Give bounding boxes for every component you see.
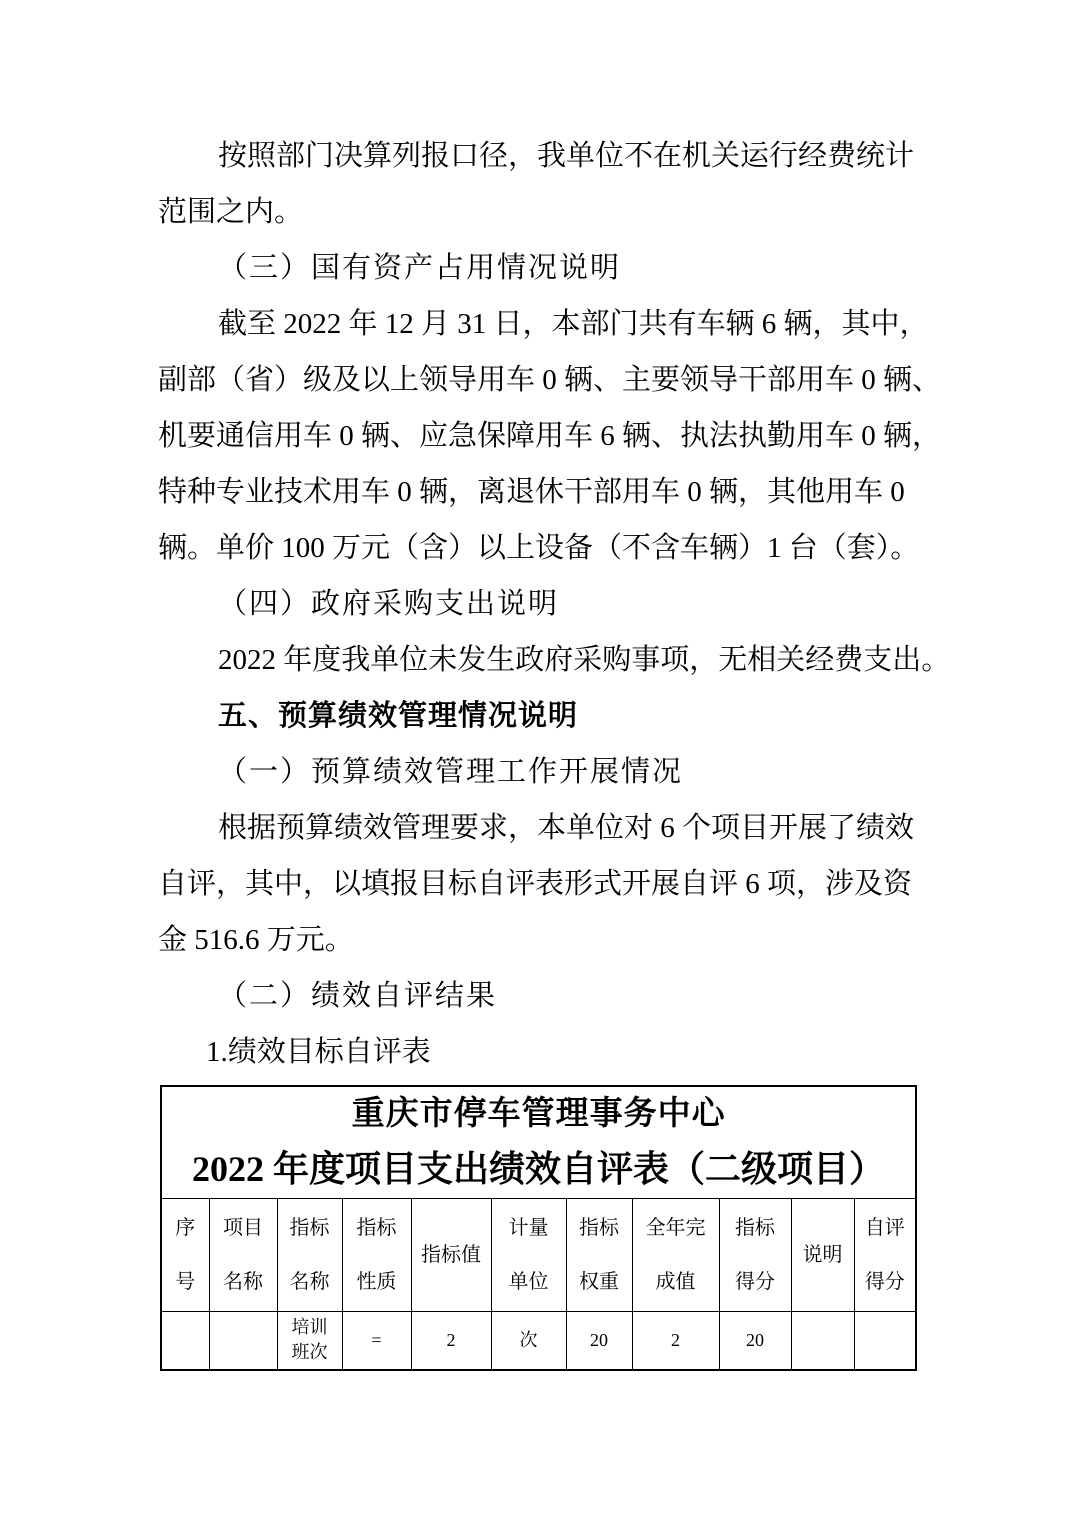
table-data-row: 培训 班次 = 2 次 20 2 20: [161, 1311, 916, 1370]
column-header-note: 说明: [791, 1198, 854, 1311]
performance-self-eval-table: 重庆市停车管理事务中心 2022 年度项目支出绩效自评表（二级项目） 序 号 项…: [160, 1085, 917, 1371]
section-heading-performance-work: （一）预算绩效管理工作开展情况: [158, 744, 920, 800]
cell-serial-number: [161, 1311, 209, 1370]
section-heading-self-eval-result: （二）绩效自评结果: [158, 968, 920, 1024]
text-line-04: 截至 2022 年 12 月 31 日，本部门共有车辆 6 辆，其中，: [158, 296, 920, 352]
text-line-10: 2022 年度我单位未发生政府采购事项，无相关经费支出。: [158, 632, 920, 688]
text-line-14: 自评，其中，以填报目标自评表形式开展自评 6 项，涉及资: [158, 856, 920, 912]
column-header-measure-unit: 计量 单位: [491, 1198, 566, 1311]
column-header-annual-completion: 全年完 成值: [632, 1198, 719, 1311]
text-line-07: 特种专业技术用车 0 辆，离退休干部用车 0 辆，其他用车 0: [158, 464, 920, 520]
cell-measure-unit: 次: [491, 1311, 566, 1370]
text-line-06: 机要通信用车 0 辆、应急保障用车 6 辆、执法执勤用车 0 辆，: [158, 408, 920, 464]
text-line-05: 副部（省）级及以上领导用车 0 辆、主要领导干部用车 0 辆、: [158, 352, 920, 408]
column-header-self-eval-score: 自评 得分: [854, 1198, 916, 1311]
cell-self-eval-score: [854, 1311, 916, 1370]
document-page: 按照部门决算列报口径，我单位不在机关运行经费统计 范围之内。 （三）国有资产占用…: [0, 0, 1074, 1520]
column-header-indicator-nature: 指标 性质: [342, 1198, 411, 1311]
text-line-15: 金 516.6 万元。: [158, 912, 920, 968]
chapter-heading-budget-performance: 五、预算绩效管理情况说明: [158, 688, 920, 744]
section-heading-state-assets: （三）国有资产占用情况说明: [158, 240, 920, 296]
column-header-indicator-score: 指标 得分: [719, 1198, 791, 1311]
text-line-01: 按照部门决算列报口径，我单位不在机关运行经费统计: [158, 128, 920, 184]
section-heading-gov-procurement: （四）政府采购支出说明: [158, 576, 920, 632]
document-body: 按照部门决算列报口径，我单位不在机关运行经费统计 范围之内。 （三）国有资产占用…: [158, 128, 920, 1371]
cell-note: [791, 1311, 854, 1370]
text-line-13: 根据预算绩效管理要求，本单位对 6 个项目开展了绩效: [158, 800, 920, 856]
subsection-heading-self-eval-table: 1.绩效目标自评表: [158, 1024, 920, 1080]
column-header-serial-number: 序 号: [161, 1198, 209, 1311]
cell-indicator-nature: =: [342, 1311, 411, 1370]
table-title-cell: 重庆市停车管理事务中心 2022 年度项目支出绩效自评表（二级项目）: [161, 1086, 916, 1198]
table-title-org: 重庆市停车管理事务中心: [162, 1087, 915, 1141]
column-header-indicator-name: 指标 名称: [277, 1198, 342, 1311]
table-title-report: 2022 年度项目支出绩效自评表（二级项目）: [162, 1141, 915, 1197]
column-header-indicator-weight: 指标 权重: [566, 1198, 632, 1311]
cell-indicator-score: 20: [719, 1311, 791, 1370]
table-header-row: 序 号 项目 名称 指标 名称 指标 性质 指标值 计量 单位 指标 权重 全年…: [161, 1198, 916, 1311]
cell-indicator-name: 培训 班次: [277, 1311, 342, 1370]
cell-indicator-weight: 20: [566, 1311, 632, 1370]
text-line-08: 辆。单价 100 万元（含）以上设备（不含车辆）1 台（套）。: [158, 520, 920, 576]
column-header-project-name: 项目 名称: [209, 1198, 277, 1311]
cell-indicator-value: 2: [411, 1311, 491, 1370]
text-line-02: 范围之内。: [158, 184, 920, 240]
table-title-row: 重庆市停车管理事务中心 2022 年度项目支出绩效自评表（二级项目）: [161, 1086, 916, 1198]
column-header-indicator-value: 指标值: [411, 1198, 491, 1311]
cell-project-name: [209, 1311, 277, 1370]
cell-annual-completion: 2: [632, 1311, 719, 1370]
